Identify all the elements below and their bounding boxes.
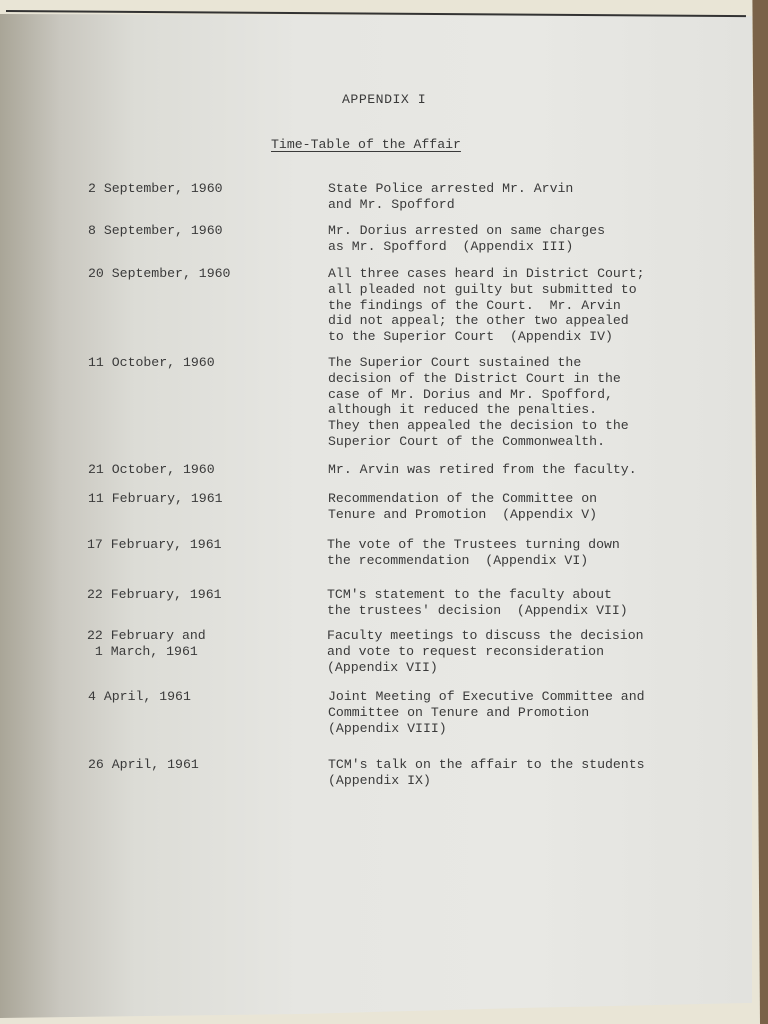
entry-description: The vote of the Trustees turning down th… — [327, 537, 747, 569]
entry-date: 22 February and 1 March, 1961 — [87, 628, 287, 660]
entry-description: Mr. Dorius arrested on same charges as M… — [328, 223, 748, 255]
entry-description: State Police arrested Mr. Arvin and Mr. … — [328, 181, 748, 213]
entry-date: 11 October, 1960 — [88, 355, 288, 371]
entry-date: 21 October, 1960 — [88, 462, 288, 478]
entry-date: 11 February, 1961 — [88, 491, 288, 507]
entry-description: Faculty meetings to discuss the decision… — [327, 628, 747, 675]
entry-description: Recommendation of the Committee on Tenur… — [328, 491, 748, 523]
entry-date: 4 April, 1961 — [88, 689, 288, 705]
entry-description: The Superior Court sustained the decisio… — [328, 355, 748, 450]
entry-description: TCM's talk on the affair to the students… — [328, 757, 748, 789]
entry-date: 26 April, 1961 — [88, 757, 288, 773]
entry-date: 8 September, 1960 — [88, 223, 288, 239]
entry-description: Joint Meeting of Executive Committee and… — [328, 689, 748, 736]
entry-date: 2 September, 1960 — [88, 181, 288, 197]
entry-date: 20 September, 1960 — [88, 266, 288, 282]
entry-date: 17 February, 1961 — [87, 537, 287, 553]
entry-description: TCM's statement to the faculty about the… — [327, 587, 747, 619]
timetable-subheading: Time-Table of the Affair — [271, 137, 461, 153]
appendix-heading: APPENDIX I — [342, 92, 426, 108]
entry-description: Mr. Arvin was retired from the faculty. — [328, 462, 748, 478]
entry-date: 22 February, 1961 — [87, 587, 287, 603]
entry-description: All three cases heard in District Court;… — [328, 266, 748, 345]
typed-document: APPENDIX I Time-Table of the Affair 2 Se… — [0, 0, 768, 1024]
